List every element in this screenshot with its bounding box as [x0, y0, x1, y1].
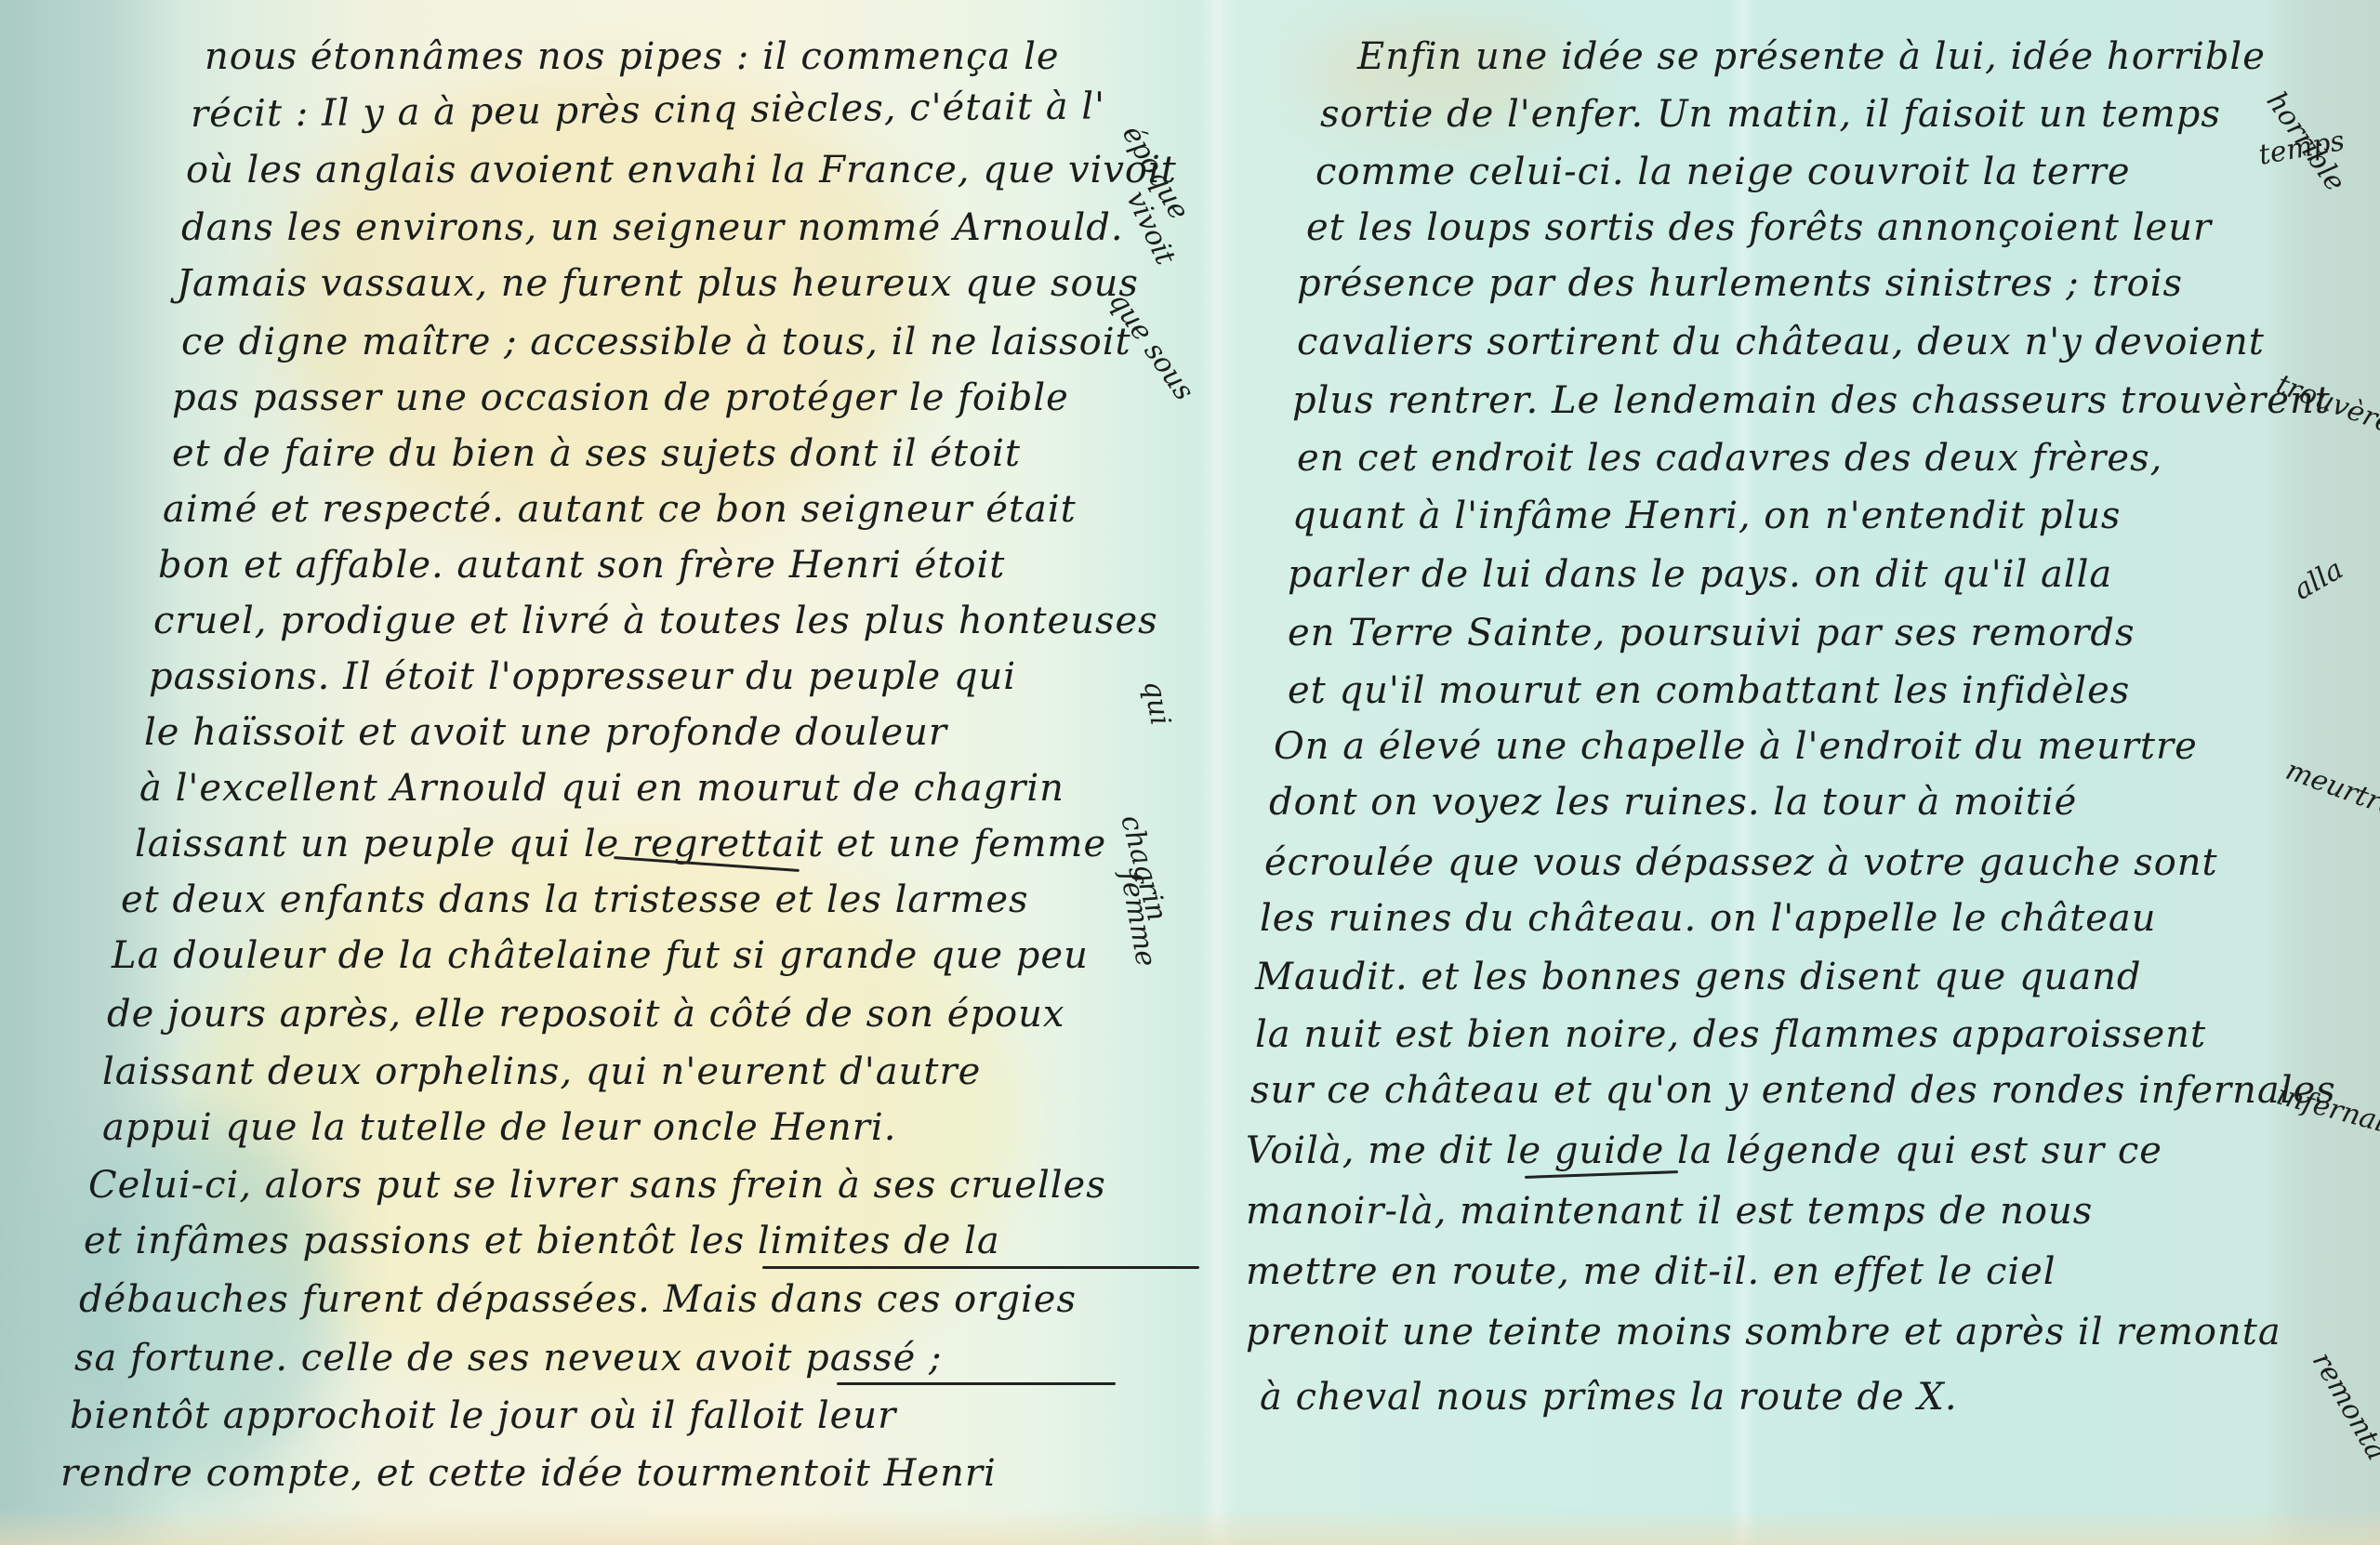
- left-line-14: à l'excellent Arnould qui en mourut de c…: [139, 767, 1064, 810]
- left-line-22: et infâmes passions et bientôt les limit…: [84, 1220, 1000, 1262]
- left-line-23: débauches furent dépassées. Mais dans ce…: [79, 1278, 1077, 1321]
- underline-stroke: [837, 1382, 1116, 1385]
- left-line-3: où les anglais avoient envahi la France,…: [186, 149, 1177, 191]
- left-line-9: aimé et respecté. autant ce bon seigneur…: [163, 488, 1077, 531]
- left-line-4: dans les environs, un seigneur nommé Arn…: [181, 206, 1124, 249]
- margin-note: alla: [2288, 553, 2348, 607]
- margin-note: remonta: [2306, 1347, 2380, 1466]
- left-line-11: cruel, prodigue et livré à toutes les pl…: [153, 600, 1158, 642]
- right-line-20: Voilà, me dit le guide la légende qui es…: [1246, 1129, 2162, 1172]
- right-line-2: sortie de l'enfer. Un matin, il faisoit …: [1320, 93, 2221, 136]
- right-line-23: prenoit une teinte moins sombre et après…: [1246, 1311, 2281, 1354]
- right-line-10: parler de lui dans le pays. on dit qu'il…: [1288, 553, 2112, 596]
- right-line-19: sur ce château et qu'on y entend des ron…: [1250, 1069, 2336, 1112]
- left-line-25: bientôt approchoit le jour où il falloit…: [70, 1394, 896, 1437]
- right-line-9: quant à l'infâme Henri, on n'entendit pl…: [1292, 495, 2121, 537]
- left-line-10: bon et affable. autant son frère Henri é…: [158, 544, 1005, 587]
- right-line-17: Maudit. et les bonnes gens disent que qu…: [1255, 956, 2142, 998]
- left-line-20: appui que la tutelle de leur oncle Henri…: [102, 1106, 896, 1149]
- right-line-1: Enfin une idée se présente à lui, idée h…: [1357, 35, 2266, 78]
- left-line-19: laissant deux orphelins, qui n'eurent d'…: [102, 1050, 981, 1093]
- right-line-13: On a élevé une chapelle à l'endroit du m…: [1274, 725, 2198, 768]
- right-line-14: dont on voyez les ruines. la tour à moit…: [1269, 781, 2077, 824]
- right-line-3: comme celui-ci. la neige couvroit la ter…: [1316, 151, 2131, 193]
- right-line-11: en Terre Sainte, poursuivi par ses remor…: [1288, 612, 2135, 654]
- right-line-5: présence par des hurlements sinistres ; …: [1297, 262, 2183, 305]
- left-line-7: pas passer une occasion de protéger le f…: [172, 376, 1069, 419]
- right-line-4: et les loups sortis des forêts annonçoie…: [1306, 206, 2212, 249]
- left-line-24: sa fortune. celle de ses neveux avoit pa…: [74, 1337, 943, 1380]
- margin-note: meurtre: [2281, 754, 2380, 824]
- manuscript-scan: nous étonnâmes nos pipes : il commença l…: [0, 0, 2380, 1545]
- left-line-13: le haïssoit et avoit une profonde douleu…: [144, 711, 947, 754]
- underline-stroke: [762, 1266, 1199, 1269]
- left-line-6: ce digne maître ; accessible à tous, il …: [181, 321, 1131, 363]
- right-line-16: les ruines du château. on l'appelle le c…: [1260, 897, 2157, 940]
- left-page: nous étonnâmes nos pipes : il commença l…: [0, 0, 1218, 1545]
- right-line-12: et qu'il mourut en combattant les infidè…: [1288, 669, 2130, 712]
- left-line-16: et deux enfants dans la tristesse et les…: [121, 878, 1029, 921]
- right-line-18: la nuit est bien noire, des flammes appa…: [1255, 1013, 2206, 1056]
- left-line-26: rendre compte, et cette idée tourmentoit…: [60, 1452, 997, 1495]
- left-line-21: Celui-ci, alors put se livrer sans frein…: [88, 1164, 1106, 1207]
- right-line-24: à cheval nous prîmes la route de X.: [1260, 1376, 1958, 1419]
- right-line-6: cavaliers sortirent du château, deux n'y…: [1297, 321, 2265, 363]
- right-line-8: en cet endroit les cadavres des deux frè…: [1297, 437, 2162, 480]
- left-line-2: récit : Il y a à peu près cinq siècles, …: [191, 85, 1106, 136]
- right-page: Enfin une idée se présente à lui, idée h…: [1218, 0, 2380, 1545]
- left-line-8: et de faire du bien à ses sujets dont il…: [172, 432, 1021, 475]
- left-line-18: de jours après, elle reposoit à côté de …: [107, 993, 1064, 1036]
- left-line-1: nous étonnâmes nos pipes : il commença l…: [205, 35, 1060, 78]
- right-line-22: mettre en route, me dit-il. en effet le …: [1246, 1250, 2056, 1293]
- left-line-5: Jamais vassaux, ne furent plus heureux q…: [177, 262, 1139, 305]
- right-line-21: manoir-là, maintenant il est temps de no…: [1246, 1190, 2093, 1233]
- margin-note: qui: [1137, 678, 1177, 727]
- left-line-12: passions. Il étoit l'oppresseur du peupl…: [149, 655, 1016, 698]
- right-line-7: plus rentrer. Le lendemain des chasseurs…: [1292, 379, 2331, 422]
- right-line-15: écroulée que vous dépassez à votre gauch…: [1264, 841, 2218, 884]
- left-line-17: La douleur de la châtelaine fut si grand…: [112, 934, 1089, 977]
